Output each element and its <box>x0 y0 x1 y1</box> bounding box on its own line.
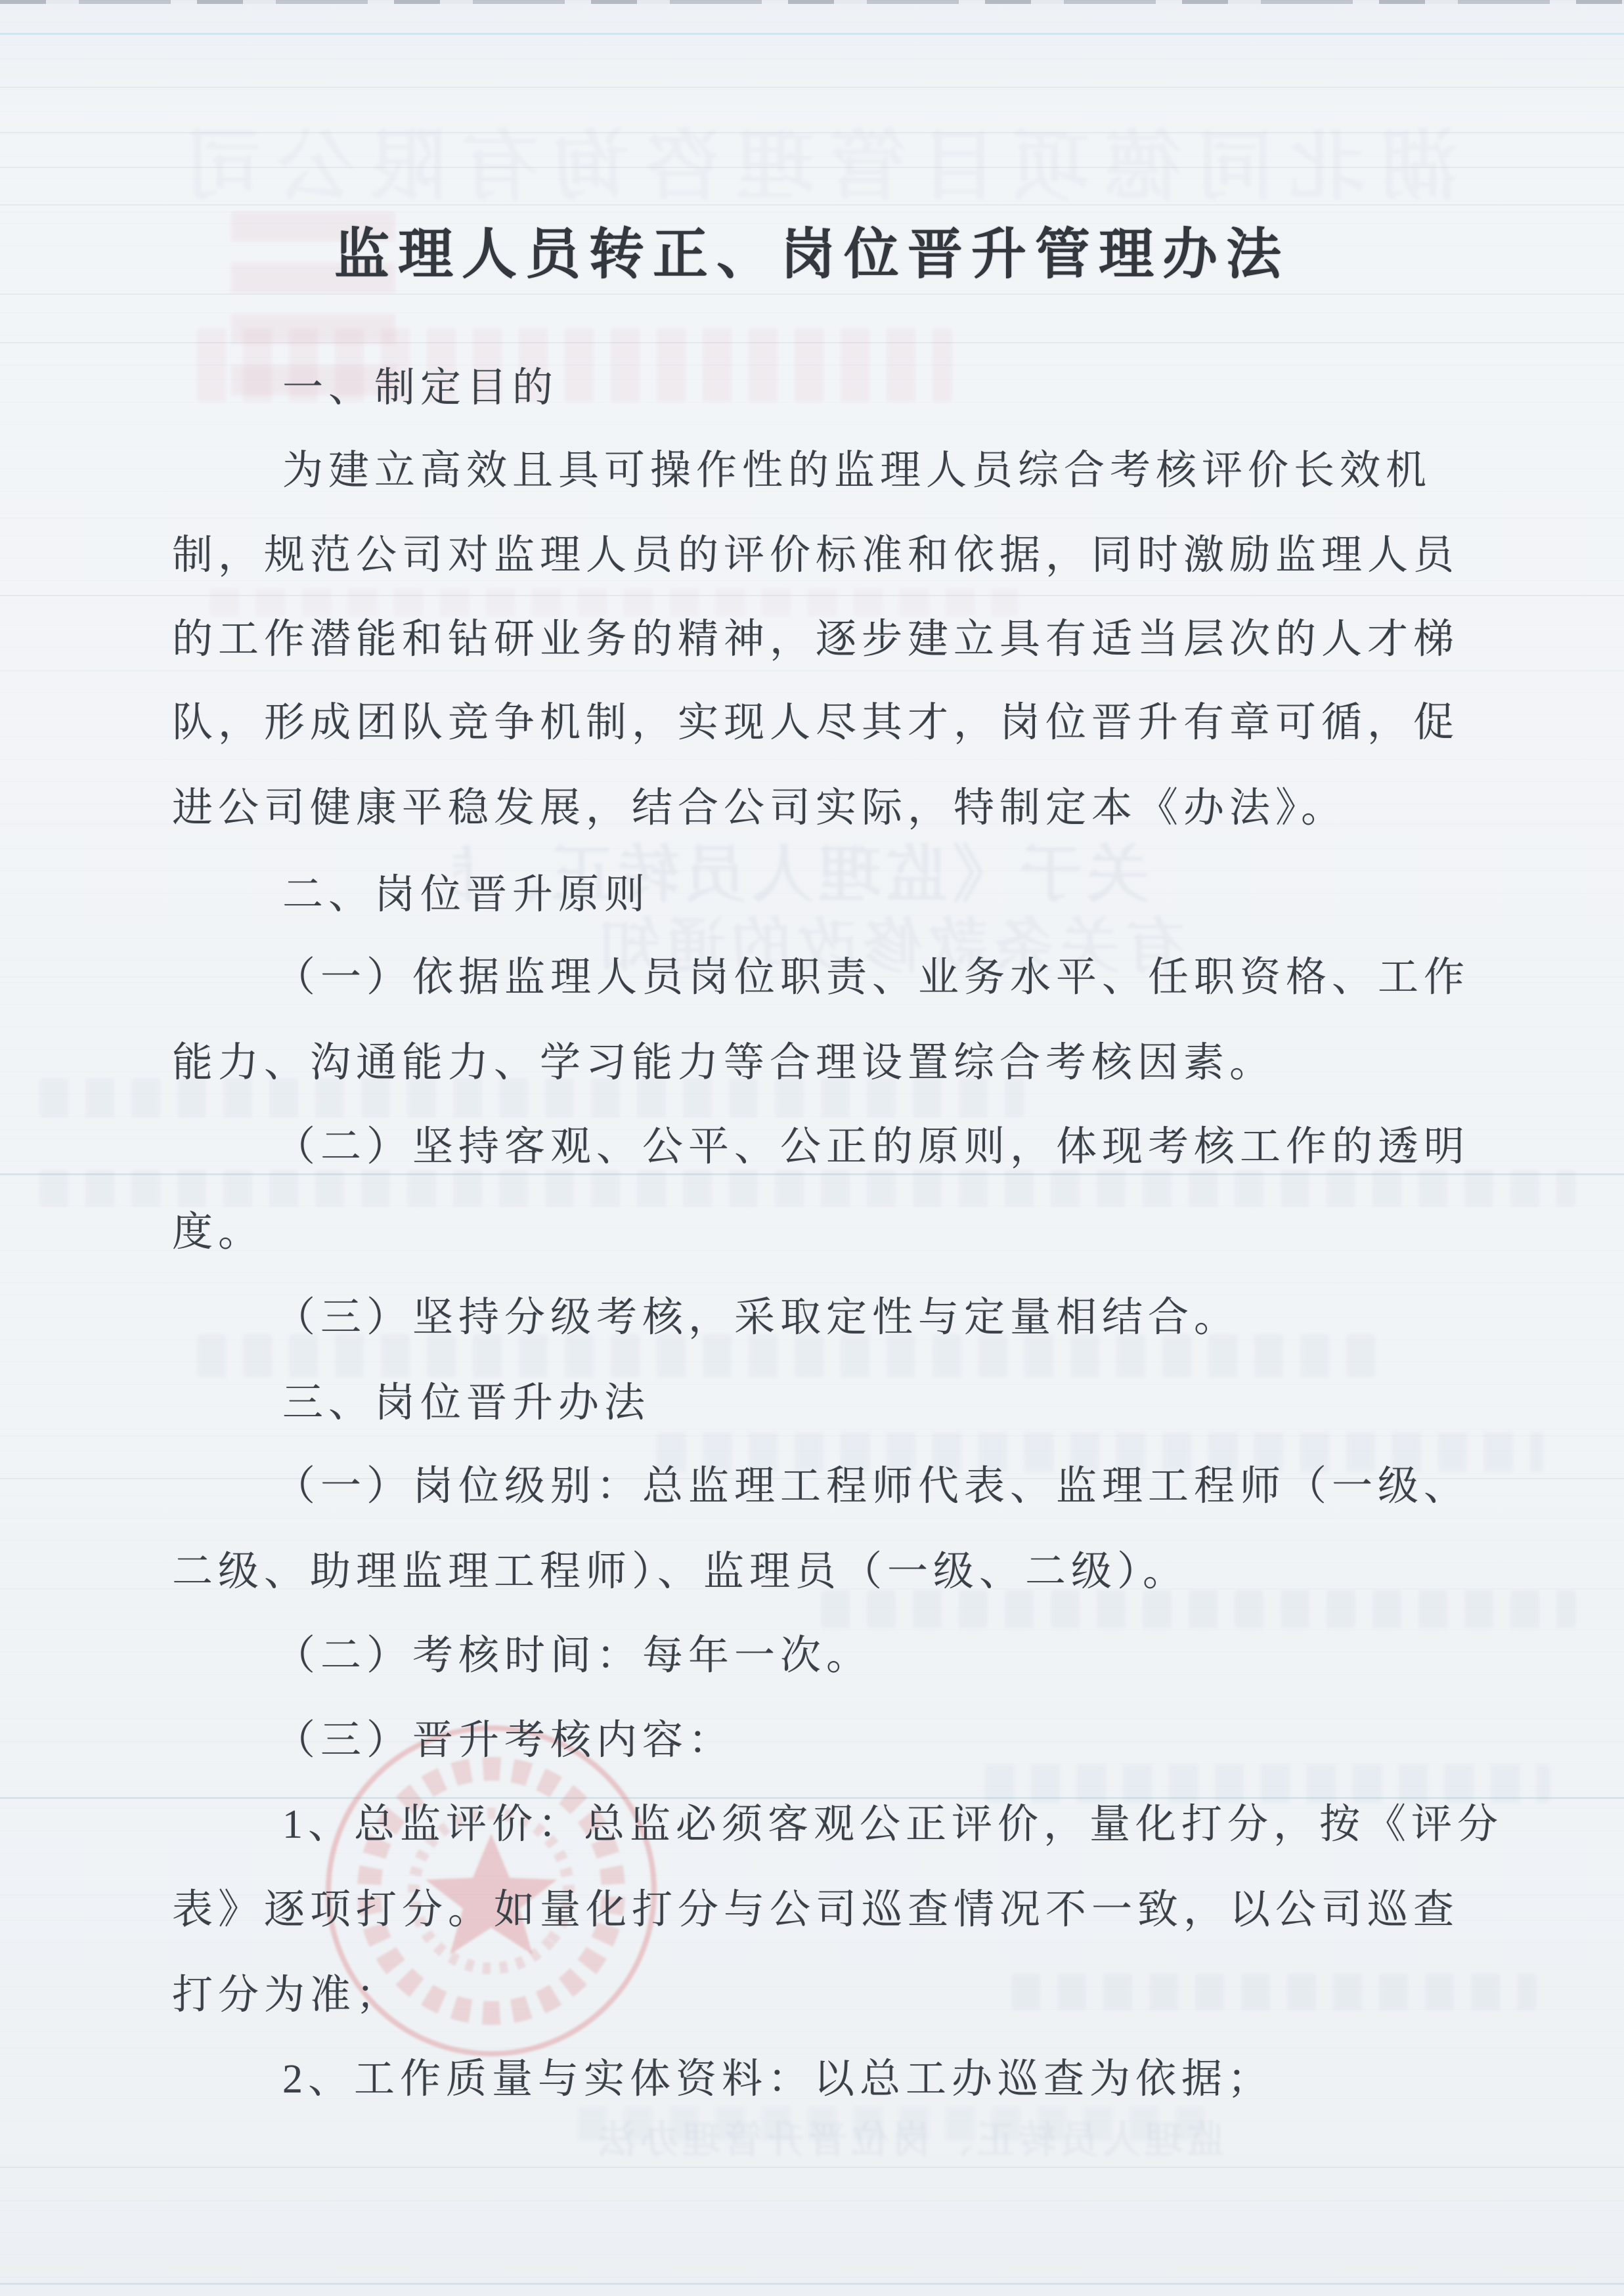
scan-streak <box>0 167 1624 168</box>
body-line: （二）考核时间：每年一次。 <box>274 1622 872 1681</box>
ghost-smudge <box>578 2106 1221 2140</box>
scan-streak <box>0 132 1624 133</box>
scan-streak <box>0 204 1624 206</box>
ghost-smudge <box>39 1170 1576 1207</box>
scan-streak <box>0 2283 1624 2285</box>
scan-top-edge-artifact <box>0 0 1624 4</box>
body-line: 的工作潜能和钻研业务的精神，逐步建立具有适当层次的人才梯 <box>172 606 1459 664</box>
body-line: （一）依据监理人员岗位职责、业务水平、任职资格、工作 <box>274 944 1470 1003</box>
body-line: 进公司健康平稳发展，结合公司实际，特制定本《办法》。 <box>172 775 1347 833</box>
body-line: 2、工作质量与实体资料：以总工办巡查为依据； <box>282 2046 1273 2104</box>
scan-streak <box>0 87 1624 88</box>
section-heading: 三、岗位晋升办法 <box>282 1370 650 1428</box>
ghost-smudge <box>1011 1974 1537 2010</box>
scan-streak <box>0 293 1624 295</box>
body-line: （一）岗位级别：总监理工程师代表、监理工程师（一级、 <box>274 1453 1470 1511</box>
body-line: （三）坚持分级考核，采取定性与定量相结合。 <box>274 1284 1240 1343</box>
body-line: （三）晋升考核内容： <box>274 1707 734 1765</box>
ghost-header-bleed-through: 湖北同德项目管理咨询有限公司 <box>171 104 1458 215</box>
scan-streak <box>0 1173 1624 1175</box>
scan-streak <box>0 342 1624 343</box>
document-page: 湖北同德项目管理咨询有限公司 关于《监理人员转正、岗位晋升管理办法》 有关条款修… <box>0 0 1624 2296</box>
section-heading: 二、岗位晋升原则 <box>282 861 650 920</box>
document-title: 监理人员转正、岗位晋升管理办法 <box>0 210 1624 290</box>
body-line: （二）坚持客观、公平、公正的原则，体现考核工作的透明 <box>274 1114 1470 1172</box>
scan-streak <box>0 595 1624 596</box>
body-line: 打分为准； <box>172 1962 402 2020</box>
body-line: 表》逐项打分。如量化打分与公司巡查情况不一致，以公司巡查 <box>172 1876 1459 1935</box>
body-line: 度。 <box>172 1199 264 1257</box>
body-line: 能力、沟通能力、学习能力等合理设置综合考核因素。 <box>172 1029 1275 1088</box>
body-line: 为建立高效且具可操作性的监理人员综合考核评价长效机 <box>282 437 1432 496</box>
ghost-footer-bleed-through: 监理人员转正、岗位晋升管理办法 <box>594 2109 1225 2164</box>
body-line: 二级、助理监理工程师）、监理员（一级、二级）。 <box>172 1538 1189 1597</box>
body-line: 队，形成团队竞争机制，实现人尽其才，岗位晋升有章可循，促 <box>172 689 1459 748</box>
body-line: 制，规范公司对监理人员的评价标准和依据，同时激励监理人员 <box>172 522 1459 580</box>
scan-streak <box>0 2167 1624 2168</box>
scan-streak <box>0 33 1624 35</box>
body-line: 1、总监评价：总监必须客观公正评价，量化打分，按《评分 <box>282 1791 1503 1850</box>
section-heading: 一、制定目的 <box>282 355 558 413</box>
